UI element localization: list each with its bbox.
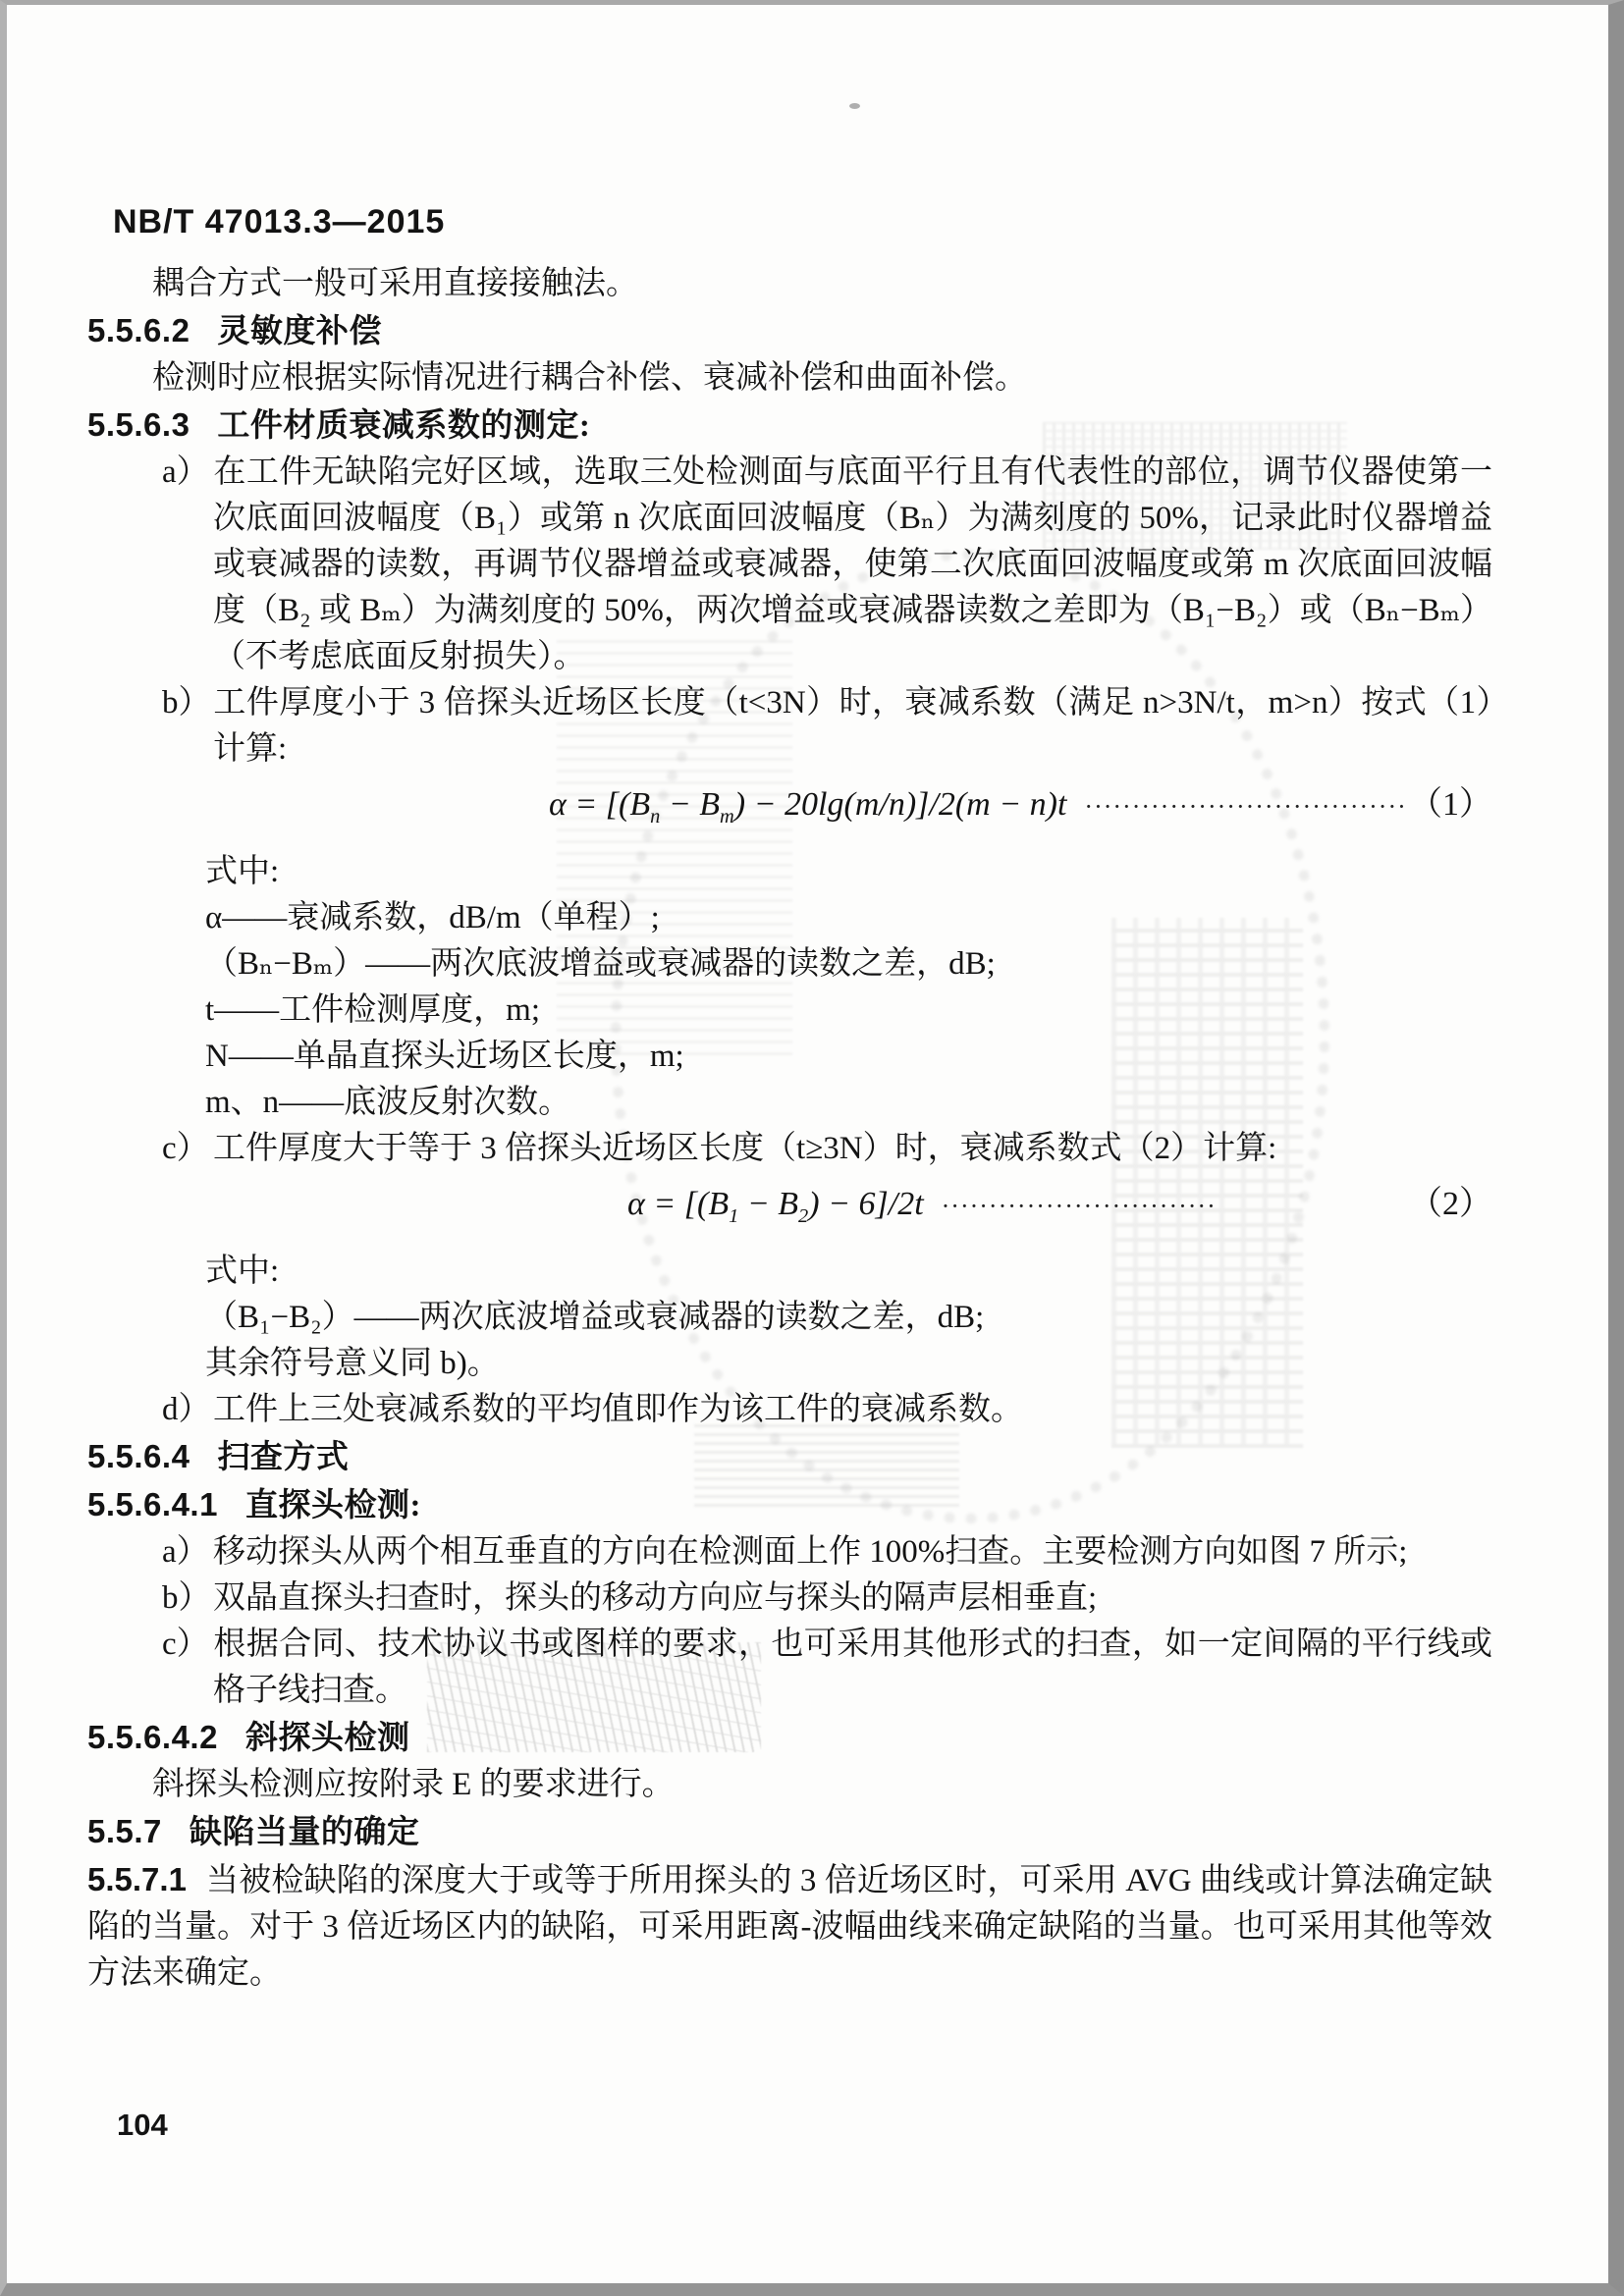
list-item-d: d）工件上三处衰减系数的平均值即作为该工件的衰减系数。 bbox=[162, 1387, 1492, 1433]
definition-b1-b2: （B₁−B₂）——两次底波增益或衰减器的读数之差，dB; bbox=[205, 1295, 1492, 1341]
list-item-label: b） bbox=[162, 680, 213, 726]
list-item-a: a）在工件无缺陷完好区域，选取三处检测面与底面平行且有代表性的部位，调节仪器使第… bbox=[162, 450, 1492, 680]
scan-list-item-c: c）根据合同、技术协议书或图样的要求，也可采用其他形式的扫查，如一定间隔的平行线… bbox=[162, 1622, 1492, 1714]
list-item-text: 在工件无缺陷完好区域，选取三处检测面与底面平行且有代表性的部位，调节仪器使第一次… bbox=[213, 454, 1492, 674]
formula-2: α = [(B1 − B2) − 6]/2t ·················… bbox=[627, 1181, 1492, 1240]
scan-list-item-b: b）双晶直探头扫查时，探头的移动方向应与探头的隔声层相垂直; bbox=[162, 1575, 1492, 1622]
section-number: 5.5.6.4 bbox=[87, 1438, 189, 1474]
section-title: 缺陷当量的确定 bbox=[189, 1815, 420, 1850]
list-item-label: b） bbox=[162, 1575, 213, 1622]
definition-bn-bm: （Bₙ−Bₘ）——两次底波增益或衰减器的读数之差，dB; bbox=[205, 941, 1492, 988]
list-item-label: a） bbox=[162, 450, 213, 496]
formula-2-number: （2） bbox=[1409, 1181, 1492, 1227]
scanned-document-page: NB/T 47013.3—2015 耦合方式一般可采用直接接触法。 5.5.6.… bbox=[0, 0, 1624, 2296]
formula-2-expression: α = [(B1 − B2) − 6]/2t bbox=[627, 1181, 924, 1240]
section-5-5-6-4-1-heading: 5.5.6.4.1直探头检测: bbox=[87, 1481, 1492, 1529]
where-label: 式中: bbox=[205, 1249, 1492, 1295]
section-title: 灵敏度补偿 bbox=[217, 314, 382, 349]
standard-number: NB/T 47013.3—2015 bbox=[113, 199, 1492, 245]
list-item-text: 双晶直探头扫查时，探头的移动方向应与探头的隔声层相垂直; bbox=[213, 1580, 1097, 1616]
definition-t: t——工件检测厚度，m; bbox=[205, 988, 1492, 1034]
where-label: 式中: bbox=[205, 849, 1492, 895]
list-item-text: 工件厚度大于等于 3 倍探头近场区长度（t≥3N）时，衰减系数式（2）计算: bbox=[213, 1131, 1276, 1166]
list-item-b: b）工件厚度小于 3 倍探头近场区长度（t<3N）时，衰减系数（满足 n>3N/… bbox=[162, 680, 1492, 773]
section-5-5-6-3-heading: 5.5.6.3工件材质衰减系数的测定: bbox=[87, 401, 1492, 450]
list-item-text: 工件厚度小于 3 倍探头近场区长度（t<3N）时，衰减系数（满足 n>3N/t，… bbox=[213, 685, 1492, 767]
section-number: 5.5.6.4.1 bbox=[87, 1486, 218, 1522]
section-text: 当被检缺陷的深度大于或等于所用探头的 3 倍近场区时，可采用 AVG 曲线或计算… bbox=[87, 1863, 1492, 1991]
formula-1-number: （1） bbox=[1409, 781, 1492, 828]
section-5-5-7-heading: 5.5.7缺陷当量的确定 bbox=[87, 1808, 1492, 1856]
list-item-text: 移动探头从两个相互垂直的方向在检测面上作 100%扫查。主要检测方向如图 7 所… bbox=[213, 1534, 1407, 1570]
section-title: 直探头检测: bbox=[245, 1488, 421, 1523]
list-item-label: c） bbox=[162, 1622, 213, 1668]
definition-alpha: α——衰减系数，dB/m（单程）; bbox=[205, 895, 1492, 941]
section-title: 扫查方式 bbox=[217, 1440, 349, 1475]
list-item-label: c） bbox=[162, 1126, 213, 1172]
formula-1-expression: α = [(Bn − Bm) − 20lg(m/n)]/2(m − n)t bbox=[549, 781, 1066, 840]
section-5-5-7-1-paragraph: 5.5.7.1当被检缺陷的深度大于或等于所用探头的 3 倍近场区时，可采用 AV… bbox=[87, 1856, 1492, 1997]
definition-other-symbols: 其余符号意义同 b)。 bbox=[205, 1341, 1492, 1387]
definition-N: N——单晶直探头近场区长度，m; bbox=[205, 1034, 1492, 1080]
section-5-5-6-4-2-heading: 5.5.6.4.2斜探头检测 bbox=[87, 1714, 1492, 1762]
section-5-5-6-2-heading: 5.5.6.2灵敏度补偿 bbox=[87, 307, 1492, 355]
scan-list-item-a: a）移动探头从两个相互垂直的方向在检测面上作 100%扫查。主要检测方向如图 7… bbox=[162, 1529, 1492, 1575]
dotted-leader: ······································· bbox=[1066, 783, 1409, 829]
document-content: NB/T 47013.3—2015 耦合方式一般可采用直接接触法。 5.5.6.… bbox=[7, 5, 1608, 1997]
section-number: 5.5.6.3 bbox=[87, 406, 189, 443]
section-5-5-6-4-heading: 5.5.6.4扫查方式 bbox=[87, 1433, 1492, 1481]
section-title: 斜探头检测 bbox=[245, 1721, 410, 1756]
intro-paragraph: 耦合方式一般可采用直接接触法。 bbox=[87, 261, 1492, 307]
list-item-label: a） bbox=[162, 1529, 213, 1575]
list-item-label: d） bbox=[162, 1387, 213, 1433]
list-item-text: 工件上三处衰减系数的平均值即作为该工件的衰减系数。 bbox=[213, 1392, 1023, 1427]
section-number: 5.5.6.2 bbox=[87, 312, 189, 348]
section-number: 5.5.6.4.2 bbox=[87, 1719, 218, 1755]
formula-1: α = [(Bn − Bm) − 20lg(m/n)]/2(m − n)t ··… bbox=[549, 781, 1492, 840]
dotted-leader: ····························· bbox=[924, 1183, 1409, 1229]
section-title: 工件材质衰减系数的测定: bbox=[217, 408, 590, 444]
list-item-text: 根据合同、技术协议书或图样的要求，也可采用其他形式的扫查，如一定间隔的平行线或格… bbox=[213, 1627, 1492, 1708]
definition-m-n: m、n——底波反射次数。 bbox=[205, 1080, 1492, 1126]
oblique-probe-body: 斜探头检测应按附录 E 的要求进行。 bbox=[87, 1762, 1492, 1808]
section-number: 5.5.7.1 bbox=[87, 1861, 187, 1897]
list-item-c: c）工件厚度大于等于 3 倍探头近场区长度（t≥3N）时，衰减系数式（2）计算: bbox=[162, 1126, 1492, 1172]
section-5-5-6-2-body: 检测时应根据实际情况进行耦合补偿、衰减补偿和曲面补偿。 bbox=[87, 355, 1492, 401]
section-number: 5.5.7 bbox=[87, 1813, 162, 1849]
page-number: 104 bbox=[117, 2108, 168, 2143]
